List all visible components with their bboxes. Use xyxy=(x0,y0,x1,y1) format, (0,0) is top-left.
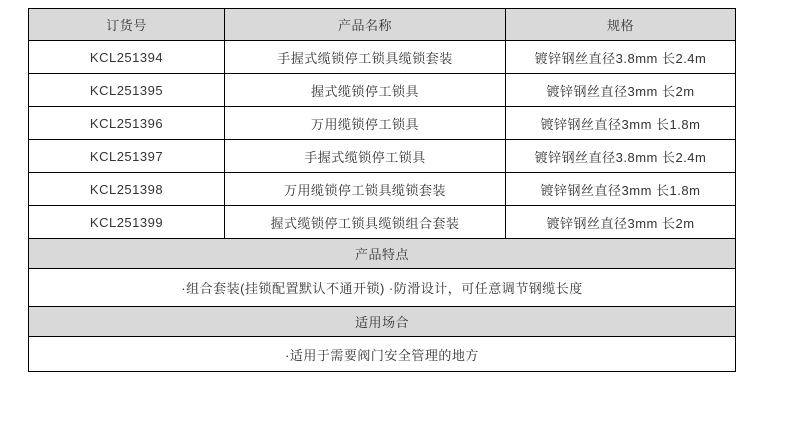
product-spec-table: 订货号 产品名称 规格 KCL251394 手握式缆锁停工锁具缆锁套装 镀锌钢丝… xyxy=(28,8,736,372)
table-header-row: 订货号 产品名称 规格 xyxy=(29,9,736,41)
product-name-cell: 万用缆锁停工锁具 xyxy=(225,107,506,140)
section-content-features-row: ·组合套装(挂锁配置默认不通开锁) ·防滑设计，可任意调节钢缆长度 xyxy=(29,269,736,307)
product-name-cell: 手握式缆锁停工锁具缆锁套装 xyxy=(225,41,506,74)
order-number-cell: KCL251399 xyxy=(29,206,225,239)
table-row: KCL251394 手握式缆锁停工锁具缆锁套装 镀锌钢丝直径3.8mm 长2.4… xyxy=(29,41,736,74)
table-row: KCL251397 手握式缆锁停工锁具 镀锌钢丝直径3.8mm 长2.4m xyxy=(29,140,736,173)
specification-cell: 镀锌钢丝直径3mm 长2m xyxy=(506,206,736,239)
product-name-cell: 万用缆锁停工锁具缆锁套装 xyxy=(225,173,506,206)
section-title-applications: 适用场合 xyxy=(29,307,736,337)
specification-cell: 镀锌钢丝直径3.8mm 长2.4m xyxy=(506,140,736,173)
order-number-cell: KCL251396 xyxy=(29,107,225,140)
table-row: KCL251396 万用缆锁停工锁具 镀锌钢丝直径3mm 长1.8m xyxy=(29,107,736,140)
specification-cell: 镀锌钢丝直径3mm 长2m xyxy=(506,74,736,107)
table-row: KCL251395 握式缆锁停工锁具 镀锌钢丝直径3mm 长2m xyxy=(29,74,736,107)
header-cell-order-number: 订货号 xyxy=(29,9,225,41)
header-cell-product-name: 产品名称 xyxy=(225,9,506,41)
order-number-cell: KCL251394 xyxy=(29,41,225,74)
table-row: KCL251399 握式缆锁停工锁具缆锁组合套装 镀锌钢丝直径3mm 长2m xyxy=(29,206,736,239)
section-content-applications-row: ·适用于需要阀门安全管理的地方 xyxy=(29,337,736,372)
product-spec-table-container: 订货号 产品名称 规格 KCL251394 手握式缆锁停工锁具缆锁套装 镀锌钢丝… xyxy=(28,8,736,372)
order-number-cell: KCL251397 xyxy=(29,140,225,173)
product-name-cell: 手握式缆锁停工锁具 xyxy=(225,140,506,173)
section-content-applications: ·适用于需要阀门安全管理的地方 xyxy=(29,337,736,372)
product-name-cell: 握式缆锁停工锁具 xyxy=(225,74,506,107)
specification-cell: 镀锌钢丝直径3mm 长1.8m xyxy=(506,173,736,206)
header-cell-specification: 规格 xyxy=(506,9,736,41)
specification-cell: 镀锌钢丝直径3.8mm 长2.4m xyxy=(506,41,736,74)
section-header-features: 产品特点 xyxy=(29,239,736,269)
order-number-cell: KCL251398 xyxy=(29,173,225,206)
section-header-applications: 适用场合 xyxy=(29,307,736,337)
product-name-cell: 握式缆锁停工锁具缆锁组合套装 xyxy=(225,206,506,239)
section-content-features: ·组合套装(挂锁配置默认不通开锁) ·防滑设计，可任意调节钢缆长度 xyxy=(29,269,736,307)
order-number-cell: KCL251395 xyxy=(29,74,225,107)
specification-cell: 镀锌钢丝直径3mm 长1.8m xyxy=(506,107,736,140)
table-row: KCL251398 万用缆锁停工锁具缆锁套装 镀锌钢丝直径3mm 长1.8m xyxy=(29,173,736,206)
section-title-features: 产品特点 xyxy=(29,239,736,269)
